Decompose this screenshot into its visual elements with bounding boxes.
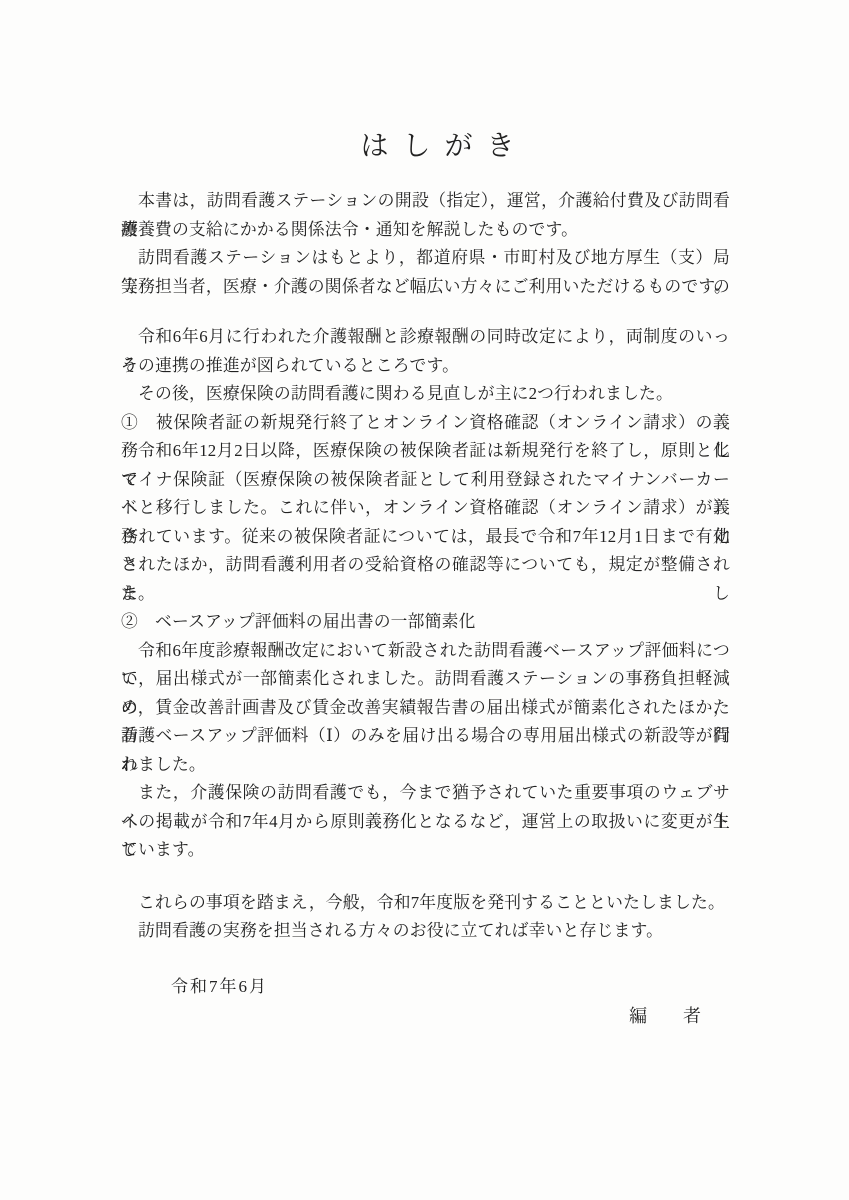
text-line: 本書は，訪問看護ステーションの開設（指定），運営，介護給付費及び訪問看護 [121,187,730,216]
body-text: 本書は，訪問看護ステーションの開設（指定），運営，介護給付費及び訪問看護療養費の… [121,187,730,946]
text-line: 令和6年6月に行われた介護報酬と診療報酬の同時改定により，両制度のいっそ [121,323,730,352]
page-title: はしがき [133,130,742,164]
text-line: め，賃金改善計画書及び賃金改善実績報告書の届出様式が簡素化されたほか，訪問 [121,694,730,723]
foreword-section: はしがき 本書は，訪問看護ステーションの開設（指定），運営，介護給付費及び訪問看… [121,130,730,1031]
text-line: これらの事項を踏まえ，今般，令和7年度版を発刊することといたしました。 [121,889,730,918]
text-line: うの連携の推進が図られているところです。 [121,352,730,381]
author-signature: 編 者 [121,1002,730,1031]
text-line: れました。 [121,751,730,780]
text-line: マイナ保険証（医療保険の被保険者証として利用登録されたマイナンバーカード） [121,466,730,495]
text-line: 実務担当者，医療・介護の関係者など幅広い方々にご利用いただけるものです。 [121,273,730,302]
text-line: 療養費の支給にかかる関係法令・通知を解説したものです。 [121,216,730,245]
text-line: また，介護保険の訪問看護でも，今まで猶予されていた重要事項のウェブサイト [121,779,730,808]
text-line: されたほか，訪問看護利用者の受給資格の確認等についても，規定が整備されまし [121,551,730,580]
text-line: 訪問看護ステーションはもとより，都道府県・市町村及び地方厚生（支）局等の [121,244,730,273]
text-line: 令和6年度診療報酬改定において新設された訪問看護ベースアップ評価料につい [121,637,730,666]
text-line: ② ベースアップ評価料の届出書の一部簡素化 [121,608,730,637]
document-page: はしがき 本書は，訪問看護ステーションの開設（指定），運営，介護給付費及び訪問看… [0,0,849,1200]
text-line: ① 被保険者証の新規発行終了とオンライン資格確認（オンライン請求）の義務化 [121,409,730,438]
text-line: への掲載が令和7年4月から原則義務化となるなど，運営上の取扱いに変更が生じ [121,808,730,837]
text-line: て，届出様式が一部簡素化されました。訪問看護ステーションの事務負担軽減のた [121,665,730,694]
text-line: 看護ベースアップ評価料（Ⅰ）のみを届け出る場合の専用届出様式の新設等が行わ [121,722,730,751]
text-line: されています。従来の被保険者証については，最長で令和7年12月1日まで有効と [121,523,730,552]
text-line: へと移行しました。これに伴い，オンライン資格確認（オンライン請求）が義務化 [121,494,730,523]
text-line: 令和6年12月2日以降，医療保険の被保険者証は新規発行を終了し，原則として [121,437,730,466]
text-line: その後，医療保険の訪問看護に関わる見直しが主に2つ行われました。 [121,380,730,409]
text-line: ています。 [121,836,730,865]
date-line: 令和7年6月 [121,973,730,1002]
text-line: 訪問看護の実務を担当される方々のお役に立てれば幸いと存じます。 [121,917,730,946]
